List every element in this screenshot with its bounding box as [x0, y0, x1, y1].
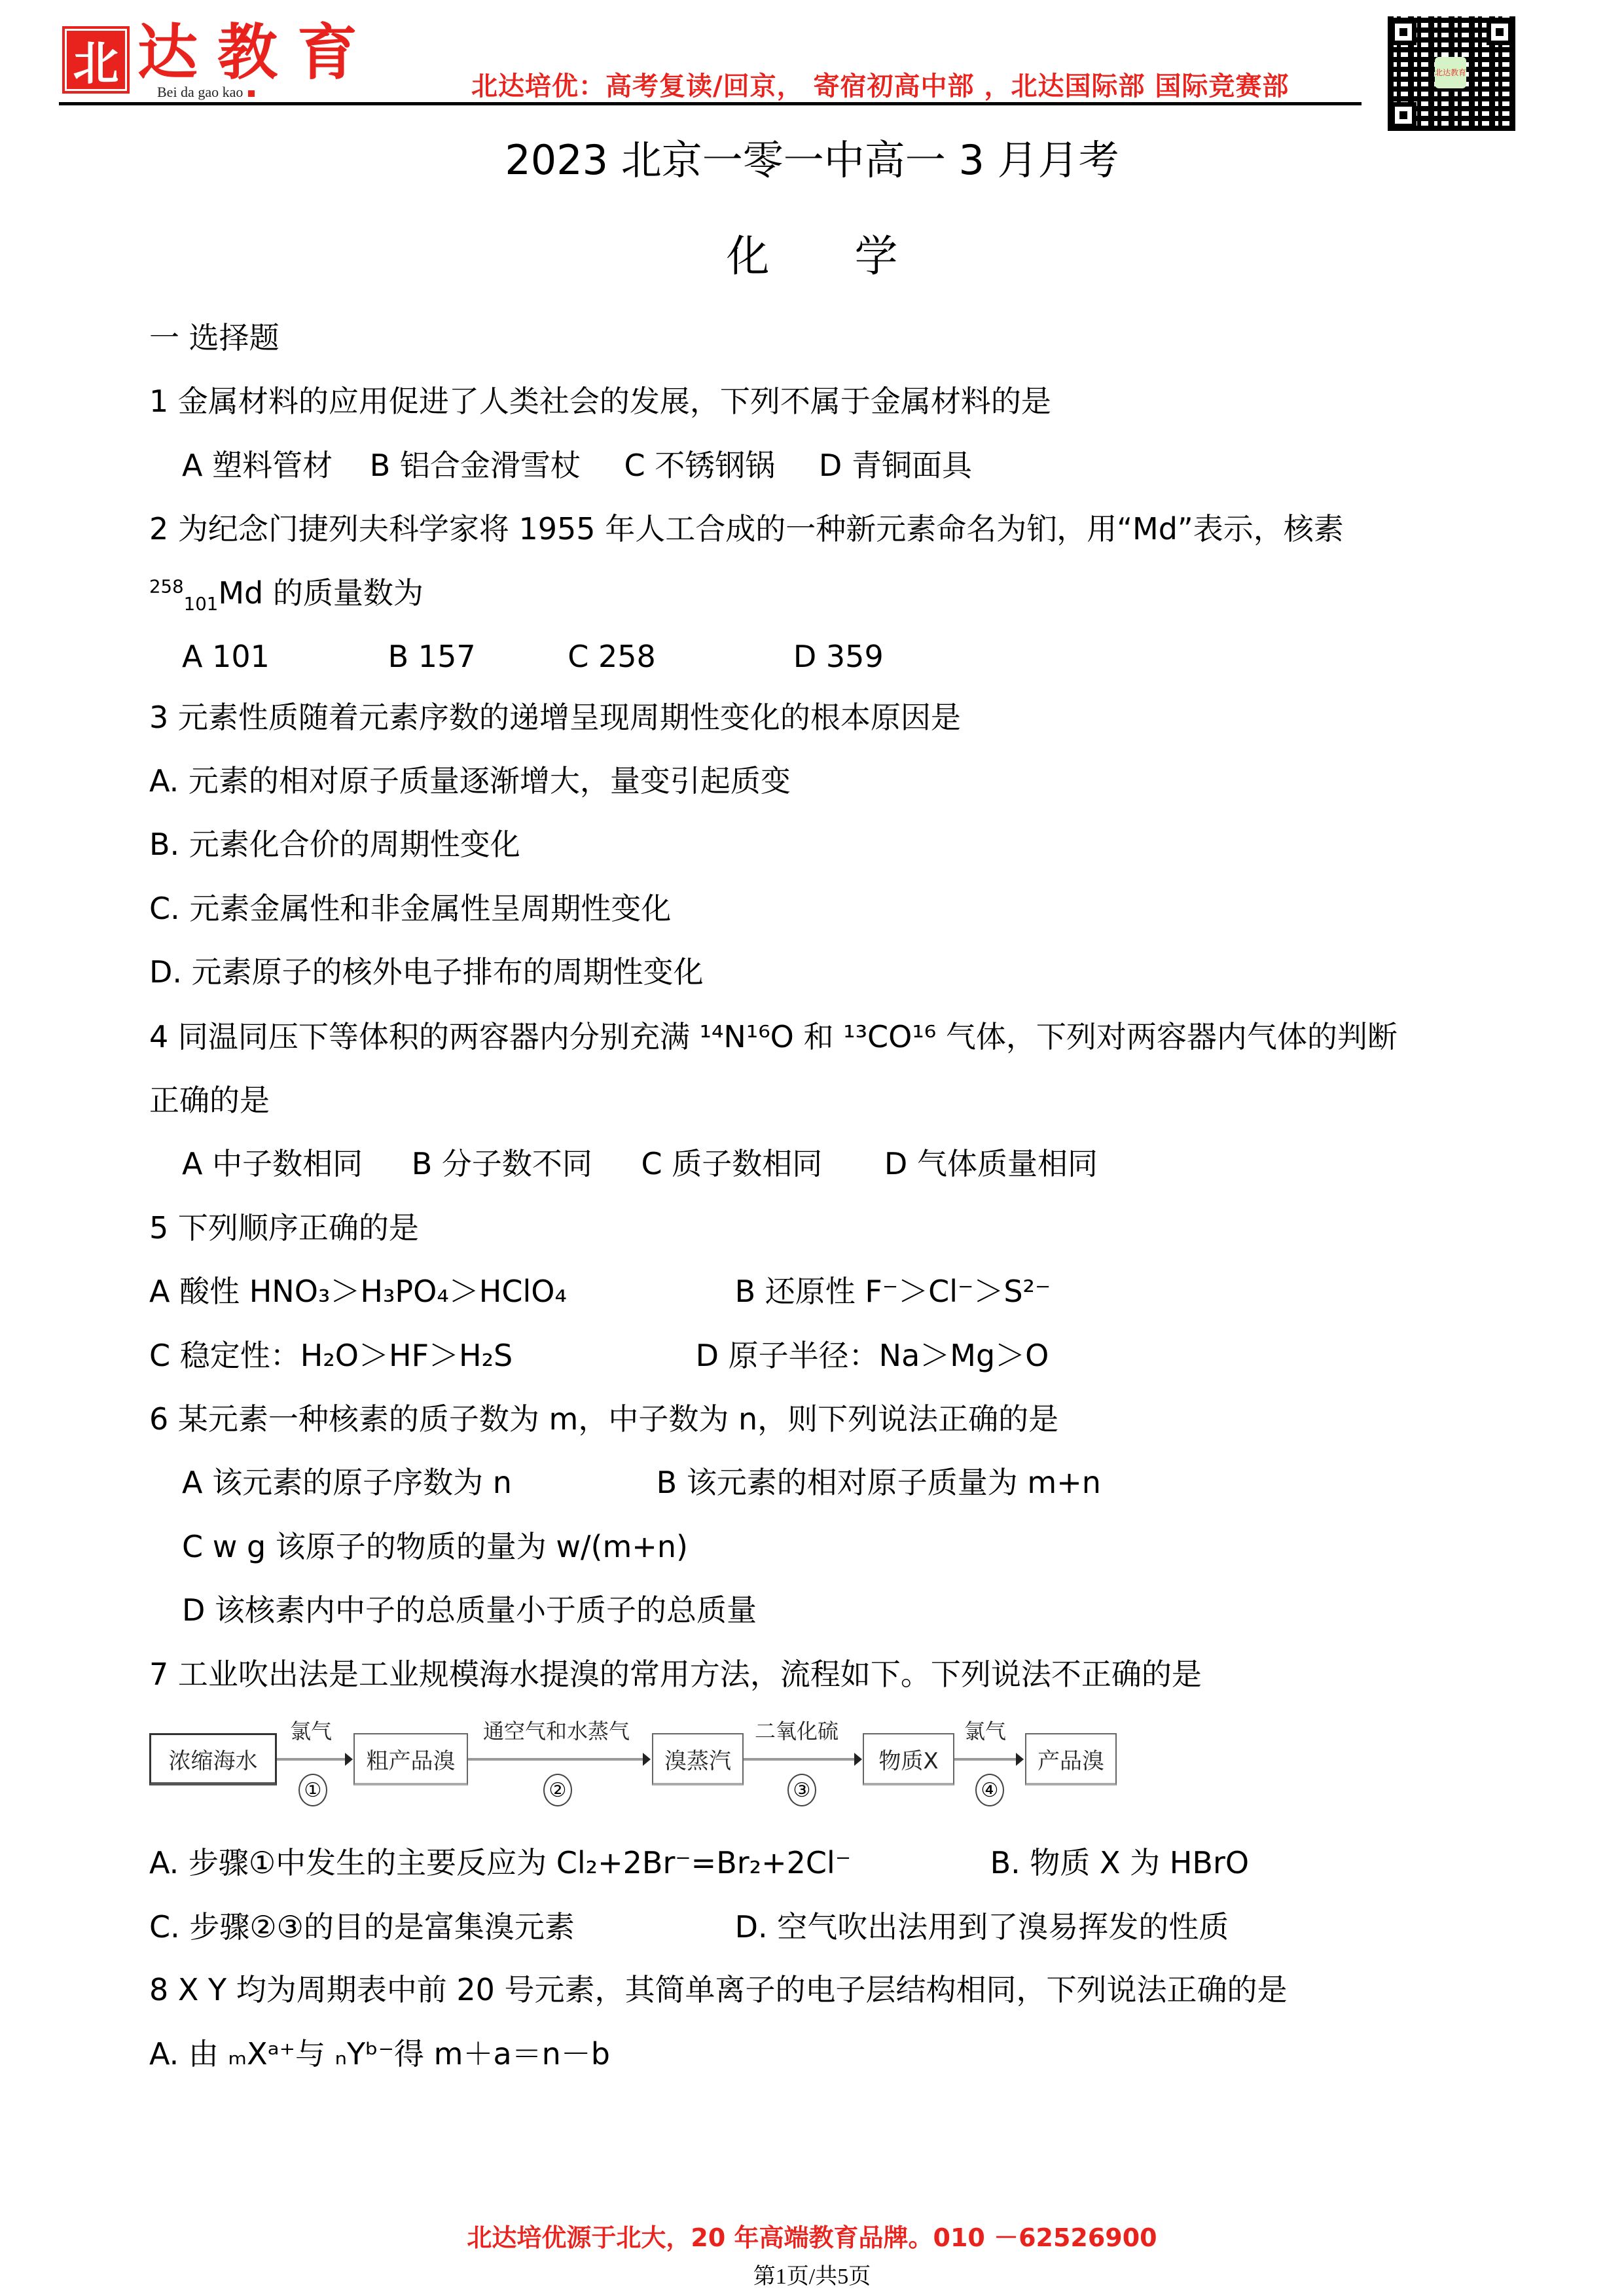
- bromine-extraction-flow-diagram: 浓缩海水 氯气 ① 粗产品溴 通空气和水蒸气 ② 溴蒸汽 二氧化硫 ③ 物质X …: [149, 1715, 1203, 1806]
- flow-step-4: ④: [975, 1774, 1004, 1806]
- qr-center-logo: 北达教育: [1435, 57, 1466, 88]
- question-3-option-a: A. 元素的相对原子质量逐渐增大，量变引起质变: [149, 762, 791, 799]
- option-a: A 酸性 HNO₃＞H₃PO₄＞HClO₄: [149, 1273, 725, 1310]
- subject-title: 化学: [0, 221, 1624, 283]
- question-4-stem: 4 同温同压下等体积的两容器内分别充满 ¹⁴N¹⁶O 和 ¹³CO¹⁶ 气体，下…: [149, 1018, 1398, 1055]
- question-4-options: A 中子数相同 B 分子数不同 C 质子数相同 D 气体质量相同: [182, 1145, 1098, 1182]
- question-3-option-c: C. 元素金属性和非金属性呈周期性变化: [149, 890, 671, 927]
- option-b: B 分子数不同: [412, 1145, 592, 1182]
- option-d: D 359: [793, 638, 884, 675]
- flow-label-4: 氯气: [964, 1715, 1006, 1745]
- flow-label-3: 二氧化硫: [755, 1715, 839, 1745]
- question-8-stem: 8 X Y 均为周期表中前 20 号元素，其简单离子的电子层结构相同，下列说法正…: [149, 1971, 1288, 2008]
- question-5-row-1: A 酸性 HNO₃＞H₃PO₄＞HClO₄ B 还原性 F⁻＞Cl⁻＞S²⁻: [149, 1273, 1051, 1310]
- flow-arrow-4-icon: [954, 1758, 1020, 1761]
- option-c: C 质子数相同: [641, 1145, 823, 1182]
- atomic-number: 101: [184, 593, 219, 615]
- question-5-row-2: C 稳定性：H₂O＞HF＞H₂S D 原子半径：Na＞Mg＞O: [149, 1337, 1049, 1374]
- page-title: 2023 北京一零一中高一 3 月月考: [0, 128, 1624, 186]
- logo-text: 达教育: [137, 20, 377, 85]
- question-7-row-2: C. 步骤②③的目的是富集溴元素 D. 空气吹出法用到了溴易挥发的性质: [149, 1909, 1229, 1945]
- question-2-options: A 101 B 157 C 258 D 359: [182, 638, 884, 675]
- option-d: D 青铜面具: [819, 447, 972, 484]
- option-a: A 塑料管材: [182, 447, 333, 484]
- flow-label-2: 通空气和水蒸气: [483, 1715, 630, 1745]
- option-b: B 157: [388, 638, 558, 675]
- question-3-option-d: D. 元素原子的核外电子排布的周期性变化: [149, 954, 704, 990]
- option-b: B. 物质 X 为 HBrO: [990, 1844, 1249, 1881]
- question-3-stem: 3 元素性质随着元素序数的递增呈现周期性变化的根本原因是: [149, 699, 961, 736]
- question-1-stem: 1 金属材料的应用促进了人类社会的发展，下列不属于金属材料的是: [149, 383, 1051, 420]
- flow-box-substance-x: 物质X: [863, 1733, 954, 1785]
- option-b: B 还原性 F⁻＞Cl⁻＞S²⁻: [735, 1273, 1051, 1310]
- option-b: B 铝合金滑雪杖: [370, 447, 581, 484]
- question-8-option-a: A. 由 ₘXᵃ⁺与 ₙYᵇ⁻得 m＋a＝n－b: [149, 2036, 610, 2072]
- question-6-stem: 6 某元素一种核素的质子数为 m，中子数为 n，则下列说法正确的是: [149, 1401, 1058, 1437]
- flow-step-1: ①: [298, 1774, 327, 1806]
- option-a: A. 步骤①中发生的主要反应为 Cl₂+2Br⁻=Br₂+2Cl⁻: [149, 1844, 981, 1881]
- question-6-row-1: A 该元素的原子序数为 n B 该元素的相对原子质量为 m+n: [182, 1464, 1101, 1501]
- element-symbol: Md: [218, 575, 263, 611]
- question-5-stem: 5 下列顺序正确的是: [149, 1210, 419, 1246]
- option-d: D 原子半径：Na＞Mg＞O: [696, 1337, 1049, 1374]
- header-divider: [59, 102, 1362, 105]
- flow-arrow-3-icon: [744, 1758, 858, 1761]
- question-3-option-b: B. 元素化合价的周期性变化: [149, 826, 520, 863]
- qr-code-icon: 北达教育: [1388, 16, 1515, 131]
- question-4-stem-line2: 正确的是: [149, 1082, 270, 1119]
- option-a: A 101: [182, 638, 378, 675]
- qr-finder-icon: [1390, 19, 1416, 45]
- page-number: 第1页/共5页: [0, 2258, 1624, 2290]
- stem-rest: 的质量数为: [273, 575, 424, 611]
- option-b: B 该元素的相对原子质量为 m+n: [657, 1464, 1101, 1501]
- flow-label-1: 氯气: [290, 1715, 332, 1745]
- option-a: A 中子数相同: [182, 1145, 363, 1182]
- flow-box-concentrated-seawater: 浓缩海水: [149, 1733, 277, 1785]
- qr-finder-icon: [1390, 102, 1416, 128]
- option-d: D 气体质量相同: [884, 1145, 1098, 1182]
- logo-subtitle-text: Bei da gao kao: [157, 84, 243, 100]
- flow-box-crude-bromine: 粗产品溴: [353, 1733, 468, 1785]
- logo-square-icon: [248, 90, 255, 97]
- footer-slogan: 北达培优源于北大，20 年高端教育品牌。010 －62526900: [0, 2217, 1624, 2253]
- flow-box-bromine-vapor: 溴蒸汽: [652, 1733, 744, 1785]
- flow-step-3: ③: [787, 1774, 816, 1806]
- option-c: C 258: [568, 638, 784, 675]
- question-2-stem: 2 为纪念门捷列夫科学家将 1955 年人工合成的一种新元素命名为钔，用“Md”…: [149, 511, 1344, 547]
- option-d: D. 空气吹出法用到了溴易挥发的性质: [735, 1909, 1229, 1945]
- option-a: A 该元素的原子序数为 n: [182, 1464, 647, 1501]
- qr-finder-icon: [1487, 19, 1513, 45]
- option-c: C. 步骤②③的目的是富集溴元素: [149, 1909, 725, 1945]
- flow-arrow-2-icon: [468, 1758, 647, 1761]
- option-c: C 稳定性：H₂O＞HF＞H₂S: [149, 1337, 686, 1374]
- question-6-option-c: C w g 该原子的物质的量为 w/(m+n): [182, 1528, 688, 1565]
- mass-number: 258: [149, 576, 184, 598]
- question-1-options: A 塑料管材 B 铝合金滑雪杖 C 不锈钢锅 D 青铜面具: [182, 447, 972, 484]
- question-7-row-1: A. 步骤①中发生的主要反应为 Cl₂+2Br⁻=Br₂+2Cl⁻ B. 物质 …: [149, 1844, 1249, 1881]
- question-6-option-d: D 该核素内中子的总质量小于质子的总质量: [182, 1592, 757, 1628]
- option-c: C 不锈钢锅: [624, 447, 776, 484]
- header-slogan: 北达培优：高考复读/回京， 寄宿初高中部 ，北达国际部 国际竞赛部: [471, 65, 1289, 103]
- section-heading: 一 选择题: [149, 319, 280, 356]
- flow-arrow-1-icon: [277, 1758, 349, 1761]
- flow-step-2: ②: [543, 1774, 572, 1806]
- flow-box-product-bromine: 产品溴: [1025, 1733, 1117, 1785]
- logo-subtitle: Bei da gao kao: [157, 84, 255, 101]
- question-7-stem: 7 工业吹出法是工业规模海水提溴的常用方法，流程如下。下列说法不正确的是: [149, 1656, 1202, 1693]
- logo-seal: 北: [62, 26, 130, 94]
- question-2-stem-line2: 258101Md 的质量数为: [149, 575, 424, 611]
